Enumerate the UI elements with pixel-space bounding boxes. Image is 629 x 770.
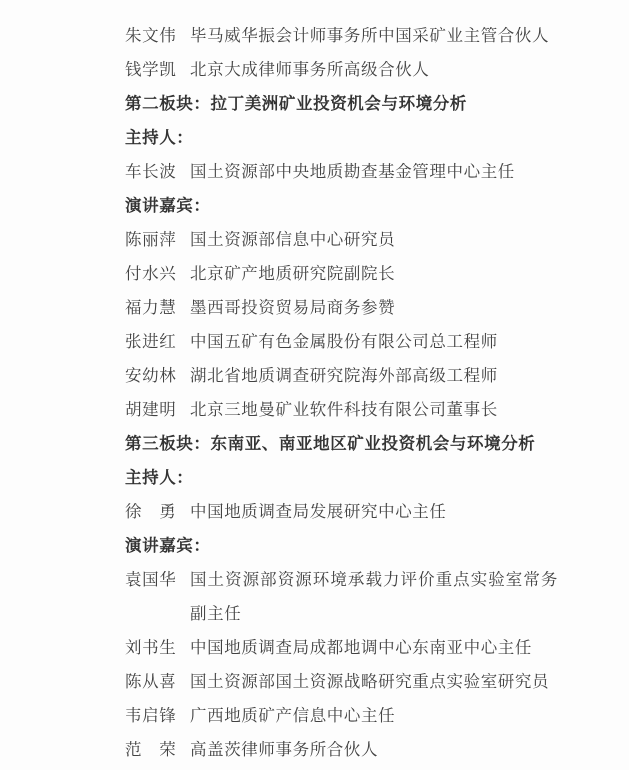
speaker-title: 毕马威华振会计师事务所中国采矿业主管合伙人 [190, 19, 558, 53]
speaker-title: 国土资源部资源环境承载力评价重点实验室常务副主任 [190, 563, 558, 631]
speaker-row: 钱学凯北京大成律师事务所高级合伙人 [125, 53, 609, 87]
speaker-row: 韦启锋广西地质矿产信息中心主任 [125, 699, 609, 733]
speaker-row: 袁国华国土资源部资源环境承载力评价重点实验室常务副主任 [125, 563, 609, 631]
speaker-row: 陈丽萍国土资源部信息中心研究员 [125, 223, 609, 257]
speaker-row: 张进红中国五矿有色金属股份有限公司总工程师 [125, 325, 609, 359]
speaker-title: 北京矿产地质研究院副院长 [190, 257, 558, 291]
speaker-title: 墨西哥投资贸易局商务参赞 [190, 291, 558, 325]
speaker-row: 刘书生中国地质调查局成都地调中心东南亚中心主任 [125, 631, 609, 665]
speaker-title: 中国地质调查局成都地调中心东南亚中心主任 [190, 631, 558, 665]
speaker-title: 国土资源部信息中心研究员 [190, 223, 558, 257]
speaker-title: 北京三地曼矿业软件科技有限公司董事长 [190, 393, 558, 427]
speaker-name: 福力慧 [125, 291, 190, 325]
section-heading: 第二板块：拉丁美洲矿业投资机会与环境分析 [125, 87, 609, 121]
role-label: 演讲嘉宾： [125, 529, 609, 563]
speaker-row: 范 荣高盖茨律师事务所合伙人 [125, 733, 609, 767]
speaker-name: 付水兴 [125, 257, 190, 291]
speaker-row: 胡建明北京三地曼矿业软件科技有限公司董事长 [125, 393, 609, 427]
speaker-name: 韦启锋 [125, 699, 190, 733]
speaker-name: 陈丽萍 [125, 223, 190, 257]
speaker-row: 朱文伟毕马威华振会计师事务所中国采矿业主管合伙人 [125, 19, 609, 53]
section-heading: 第三板块：东南亚、南亚地区矿业投资机会与环境分析 [125, 427, 609, 461]
role-label: 演讲嘉宾： [125, 189, 609, 223]
speaker-name: 张进红 [125, 325, 190, 359]
speaker-title: 国土资源部中央地质勘查基金管理中心主任 [190, 155, 558, 189]
speaker-title: 北京大成律师事务所高级合伙人 [190, 53, 558, 87]
speaker-row: 徐 勇中国地质调查局发展研究中心主任 [125, 495, 609, 529]
speaker-name: 车长波 [125, 155, 190, 189]
speaker-row: 车长波国土资源部中央地质勘查基金管理中心主任 [125, 155, 609, 189]
speaker-name: 钱学凯 [125, 53, 190, 87]
document-page: 朱文伟毕马威华振会计师事务所中国采矿业主管合伙人钱学凯北京大成律师事务所高级合伙… [0, 0, 629, 770]
speaker-name: 朱文伟 [125, 19, 190, 53]
speaker-title: 高盖茨律师事务所合伙人 [190, 733, 558, 767]
role-label: 主持人： [125, 461, 609, 495]
speaker-name: 袁国华 [125, 563, 190, 597]
role-label: 主持人： [125, 121, 609, 155]
speaker-title: 广西地质矿产信息中心主任 [190, 699, 558, 733]
speaker-row: 付水兴北京矿产地质研究院副院长 [125, 257, 609, 291]
speaker-name: 范 荣 [125, 733, 190, 767]
speaker-name: 刘书生 [125, 631, 190, 665]
speaker-name: 胡建明 [125, 393, 190, 427]
speaker-name: 徐 勇 [125, 495, 190, 529]
speaker-name: 陈从喜 [125, 665, 190, 699]
speaker-name: 安幼林 [125, 359, 190, 393]
speaker-title: 中国五矿有色金属股份有限公司总工程师 [190, 325, 558, 359]
speaker-row: 福力慧墨西哥投资贸易局商务参赞 [125, 291, 609, 325]
speaker-title: 湖北省地质调查研究院海外部高级工程师 [190, 359, 558, 393]
speaker-row: 安幼林湖北省地质调查研究院海外部高级工程师 [125, 359, 609, 393]
speaker-title: 中国地质调查局发展研究中心主任 [190, 495, 558, 529]
speaker-row: 陈从喜国土资源部国土资源战略研究重点实验室研究员 [125, 665, 609, 699]
speaker-title: 国土资源部国土资源战略研究重点实验室研究员 [190, 665, 558, 699]
